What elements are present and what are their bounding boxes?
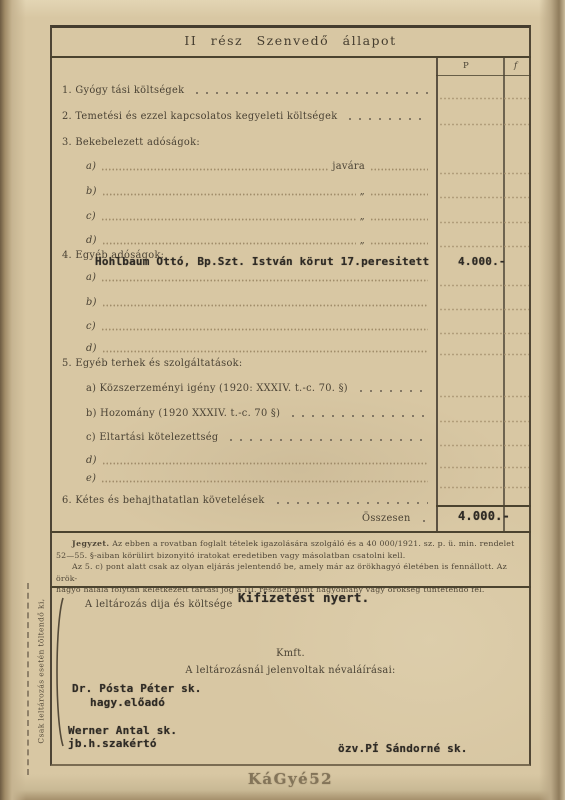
amount-dotted-line: [439, 97, 529, 100]
note-line-3: Az 5. c) pont alatt csak az olyan eljárá…: [56, 561, 524, 584]
amount-dotted-line: [439, 486, 529, 489]
dotted-leader: [102, 304, 428, 307]
signature-2-role: jb.h.szakértó: [68, 737, 157, 750]
total-row-topline: [436, 505, 531, 507]
form-row-4a: a): [86, 271, 432, 284]
dotted-leader: [419, 519, 428, 523]
dotted-leader: [356, 389, 428, 393]
row-5a-label: a) Közszerzeményi igény (1920: XXXIV. t.…: [86, 382, 348, 395]
form-row-5e: e): [86, 472, 432, 485]
kmft-label: Kmft.: [50, 648, 531, 659]
dotted-leader: [288, 414, 428, 418]
note-bold-word: Jegyzet.: [72, 539, 110, 548]
attendees-label: A leltározásnál jelenvoltak névaláírásai…: [50, 665, 531, 676]
row-5b-label: b) Hozomány (1920 XXXIV. t.-c. 70 §): [86, 407, 280, 420]
form-row-5a: a) Közszerzeményi igény (1920: XXXIV. t.…: [86, 382, 432, 395]
stamp-text: KáGyé52: [50, 770, 531, 788]
dotted-leader: [102, 350, 428, 353]
dotted-leader: [370, 168, 428, 171]
typed-debt-amount: 4.000.-: [458, 255, 506, 268]
ditto-mark: „: [360, 210, 365, 223]
col-p-label: P: [463, 61, 469, 71]
amount-dotted-line: [439, 123, 529, 126]
amount-dotted-line: [439, 353, 529, 356]
form-row-5c: c) Eltartási kötelezettség: [86, 431, 432, 444]
row-4d-label: d): [86, 342, 97, 355]
note-bottom-rule: [50, 586, 531, 588]
dotted-leader: [370, 218, 428, 221]
table-bottom-rule: [50, 531, 531, 533]
amount-dotted-line: [439, 308, 529, 311]
form-row-3c: c)„: [86, 210, 432, 223]
amount-dotted-line: [439, 466, 529, 469]
dotted-leader: [102, 193, 356, 196]
paper-fold-line: [27, 583, 29, 775]
row-5-label: 5. Egyéb terhek és szolgáltatások:: [62, 357, 243, 370]
dotted-leader: [101, 279, 428, 282]
dotted-leader: [226, 438, 428, 442]
total-row: Összesen: [362, 512, 432, 525]
row-3d-label: d): [86, 234, 97, 247]
row-2-label: 2. Temetési és ezzel kapcsolatos kegyele…: [62, 110, 337, 123]
row-3a-label: a): [86, 160, 96, 173]
row-5d-label: d): [86, 454, 97, 467]
amount-dotted-line: [439, 420, 529, 423]
margin-note: Csak leltározás esetén töltendő ki,: [37, 584, 49, 759]
form-row-2: 2. Temetési és ezzel kapcsolatos kegyele…: [62, 110, 432, 123]
dotted-leader: [102, 462, 428, 465]
dotted-leader: [192, 91, 428, 95]
table-header-underline: [436, 75, 531, 76]
form-row-1: 1. Gyógy tási költségek: [62, 84, 432, 97]
amount-dotted-line: [439, 221, 529, 224]
row-1-label: 1. Gyógy tási költségek: [62, 84, 184, 97]
typed-paid-note: Kifizetést nyert.: [238, 590, 369, 605]
header-rule: [50, 56, 531, 58]
dotted-leader: [273, 501, 428, 505]
form-row-3: 3. Bekebelezett adóságok:: [62, 136, 432, 149]
table-col-f-line: [503, 58, 505, 532]
amount-dotted-line: [439, 284, 529, 287]
signature-1-role: hagy.előadó: [90, 696, 165, 709]
dotted-leader: [101, 168, 328, 171]
form-row-3d: d)„: [86, 234, 432, 247]
form-row-5d: d): [86, 454, 432, 467]
row-5e-label: e): [86, 472, 96, 485]
total-label: Összesen: [362, 512, 411, 525]
form-row-3b: b)„: [86, 185, 432, 198]
dotted-leader: [370, 193, 428, 196]
ditto-mark: „: [360, 185, 365, 198]
table-col-p-line: [436, 58, 438, 532]
typed-debt-entry: Hohlbaum Ottó, Bp.Szt. István körut 17.p…: [95, 255, 429, 268]
ditto-mark: „: [360, 234, 365, 247]
signature-1-name: Dr. Pósta Péter sk.: [72, 682, 202, 695]
section-title: II rész Szenvedő állapot: [50, 33, 531, 48]
row-4a-label: a): [86, 271, 96, 284]
dotted-leader: [101, 480, 428, 483]
form-row-4c: c): [86, 320, 432, 333]
dotted-leader: [102, 242, 356, 245]
row-5c-label: c) Eltartási kötelezettség: [86, 431, 218, 444]
javara-label: javára: [332, 160, 365, 173]
form-row-5: 5. Egyéb terhek és szolgáltatások:: [62, 357, 432, 370]
form-row-5b: b) Hozomány (1920 XXXIV. t.-c. 70 §): [86, 407, 432, 420]
form-row-4b: b): [86, 296, 432, 309]
signature-2-name: Werner Antal sk.: [68, 724, 177, 737]
note-line-1: Jegyzet. Az ebben a rovatban foglalt tét…: [56, 538, 524, 550]
amount-dotted-line: [439, 332, 529, 335]
row-4c-label: c): [86, 320, 96, 333]
dotted-leader: [345, 117, 428, 121]
amount-dotted-line: [439, 196, 529, 199]
amount-dotted-line: [439, 172, 529, 175]
dotted-leader: [101, 218, 356, 221]
fee-label: A leltározás dija és költsége: [85, 599, 233, 610]
form-row-3a: a)javára: [86, 160, 432, 173]
typed-total-amount: 4.000.-: [458, 509, 510, 523]
document-page: II rész Szenvedő állapot P f 1. Gyógy tá…: [0, 0, 565, 800]
form-row-4d: d): [86, 342, 432, 355]
col-f-label: f: [514, 61, 517, 71]
dotted-leader: [370, 242, 428, 245]
form-row-6: 6. Kétes és behajthatatlan követelések: [62, 494, 432, 507]
note-line-2: 52—55. §-aiban körülirt bizonyitó iratok…: [56, 550, 524, 562]
row-3b-label: b): [86, 185, 97, 198]
signature-3-name: özv.PÍ Sándorné sk.: [338, 742, 468, 755]
amount-dotted-line: [439, 444, 529, 447]
amount-dotted-line: [439, 245, 529, 248]
row-3-label: 3. Bekebelezett adóságok:: [62, 136, 200, 149]
row-3c-label: c): [86, 210, 96, 223]
amount-dotted-line: [439, 395, 529, 398]
row-4b-label: b): [86, 296, 97, 309]
row-6-label: 6. Kétes és behajthatatlan követelések: [62, 494, 265, 507]
dotted-leader: [101, 328, 428, 331]
note-line-1-text: Az ebben a rovatban foglalt tételek igaz…: [110, 539, 515, 548]
